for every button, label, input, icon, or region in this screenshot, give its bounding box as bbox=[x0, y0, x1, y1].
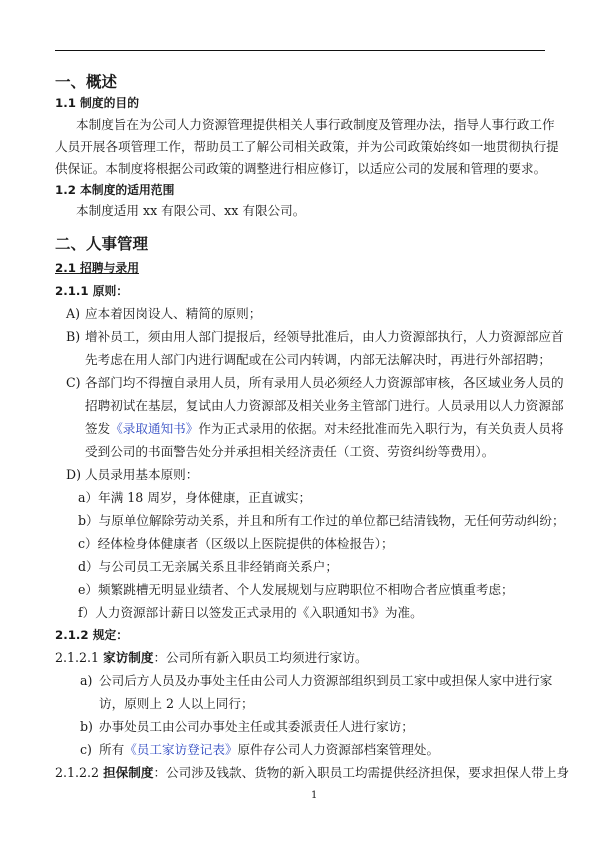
sub-item: c）经体检身体健康者（区级以上医院提供的体检报告）； bbox=[78, 536, 394, 552]
sub-item: b）与原单位解除劳动关系，并且和所有工作过的单位都已结清钱物，无任何劳动纠纷； bbox=[78, 513, 565, 529]
section-2-1-1-title: 2.1.1 原则： bbox=[55, 283, 128, 299]
section-1-1-title: 1.1 制度的目的 bbox=[55, 95, 139, 111]
page-number: 1 bbox=[311, 790, 317, 801]
list-item-a: A)应本着因岗设人、精简的原则； bbox=[66, 306, 261, 322]
text: 所有 bbox=[99, 742, 124, 757]
list-text: 各部门均不得擅自录用人员，所有录用人员必须经人力资源部审核，各区域业务人员的 bbox=[85, 375, 564, 390]
list-text-cont: 受到公司的书面警告处分并承担相关经济责任（工资、劳资纠纷等费用）。 bbox=[85, 444, 494, 460]
paragraph-line: 人员开展各项管理工作，帮助员工了解公司相关政策，并为公司政策始终如一地贯彻执行提 bbox=[55, 139, 559, 155]
section-2-1-2-title: 2.1.2 规定： bbox=[55, 627, 128, 643]
list-item-c: C)各部门均不得擅自录用人员，所有录用人员必须经人力资源部审核，各区域业务人员的 bbox=[66, 375, 564, 391]
list-text: 增补员工，须由用人部门提报后，经领导批准后，由人力资源部执行，人力资源部应首 bbox=[85, 329, 564, 344]
sub-item: e）频繁跳槽无明显业绩者、个人发展规划与应聘职位不相吻合者应慎重考虑； bbox=[78, 582, 514, 598]
rule-text: ：公司涉及钱款、货物的新入职员工均需提供经济担保，要求担保人带上身 bbox=[153, 765, 569, 780]
text: 原件存公司人力资源部档案管理处。 bbox=[238, 742, 440, 757]
list-label: C) bbox=[66, 375, 85, 391]
rule-number: 2.1.2.2 bbox=[55, 765, 103, 780]
section-2-title: 二、人事管理 bbox=[55, 236, 148, 252]
list-text-cont: 签发《录取通知书》作为正式录用的依据。对未经批准而先入职行为，有关负责人员将 bbox=[85, 421, 564, 437]
list-item-b: B)增补员工，须由用人部门提报后，经领导批准后，由人力资源部执行，人力资源部应首 bbox=[66, 329, 564, 345]
rule-number: 2.1.2.1 bbox=[55, 650, 103, 665]
rule-name: 担保制度 bbox=[103, 765, 153, 780]
list-label: c) bbox=[80, 742, 99, 758]
paragraph-line: 供保证。本制度将根据公司政策的调整进行相应修订，以适应公司的发展和管理的要求。 bbox=[55, 161, 546, 177]
rule-guarantee: 2.1.2.2 担保制度：公司涉及钱款、货物的新入职员工均需提供经济担保，要求担… bbox=[55, 765, 569, 781]
rule-text: ：公司所有新入职员工均须进行家访。 bbox=[153, 650, 367, 665]
paragraph-line: 本制度旨在为公司人力资源管理提供相关人事行政制度及管理办法，指导人事行政工作 bbox=[76, 117, 555, 133]
offer-letter-link[interactable]: 《录取通知书》 bbox=[110, 421, 198, 436]
list-text-cont: 先考虑在用人部门内进行调配或在公司内转调，内部无法解决时，再进行外部招聘； bbox=[85, 352, 551, 368]
list-label: b) bbox=[80, 719, 99, 735]
list-label: A) bbox=[66, 306, 85, 322]
list-label: a) bbox=[80, 673, 99, 689]
list-text: 应本着因岗设人、精简的原则； bbox=[85, 306, 261, 321]
rule-home-visit: 2.1.2.1 家访制度：公司所有新入职员工均须进行家访。 bbox=[55, 650, 368, 666]
list-label: B) bbox=[66, 329, 85, 345]
home-visit-form-link[interactable]: 《员工家访登记表》 bbox=[124, 742, 237, 757]
list-text: 人员录用基本原则： bbox=[85, 467, 198, 482]
section-2-1-title: 2.1 招聘与录用 bbox=[55, 260, 139, 276]
list-text-cont: 访，原则上 2 人以上同行； bbox=[99, 696, 254, 712]
sub-item: d）与公司员工无亲属关系且非经销商关系户； bbox=[78, 559, 338, 575]
rule-name: 家访制度 bbox=[103, 650, 153, 665]
paragraph-line: 本制度适用 xx 有限公司、xx 有限公司。 bbox=[76, 203, 305, 219]
header-rule bbox=[55, 50, 545, 51]
list-item-d: D)人员录用基本原则： bbox=[66, 467, 198, 483]
list-item-b: b)办事处员工由公司办事处主任或其委派责任人进行家访； bbox=[80, 719, 414, 735]
document-page: 一、概述 1.1 制度的目的 本制度旨在为公司人力资源管理提供相关人事行政制度及… bbox=[0, 0, 599, 849]
list-text: 办事处员工由公司办事处主任或其委派责任人进行家访； bbox=[99, 719, 414, 734]
list-item-a: a)公司后方人员及办事处主任由公司人力资源部组织到员工家中或担保人家中进行家 bbox=[80, 673, 552, 689]
list-text-cont: 招聘初试在基层，复试由人力资源部及相关业务主管部门进行。人员录用以人力资源部 bbox=[85, 398, 564, 414]
text: 签发 bbox=[85, 421, 110, 436]
sub-item: f）人力资源部计薪日以签发正式录用的《入职通知书》为准。 bbox=[78, 605, 423, 621]
list-text: 公司后方人员及办事处主任由公司人力资源部组织到员工家中或担保人家中进行家 bbox=[99, 673, 552, 688]
list-item-c: c)所有《员工家访登记表》原件存公司人力资源部档案管理处。 bbox=[80, 742, 439, 758]
text: 作为正式录用的依据。对未经批准而先入职行为，有关负责人员将 bbox=[198, 421, 563, 436]
section-1-title: 一、概述 bbox=[55, 74, 117, 90]
sub-item: a）年满 18 周岁，身体健康，正直诚实； bbox=[78, 490, 311, 506]
section-1-2-title: 1.2 本制度的适用范围 bbox=[55, 182, 174, 198]
list-label: D) bbox=[66, 467, 85, 483]
